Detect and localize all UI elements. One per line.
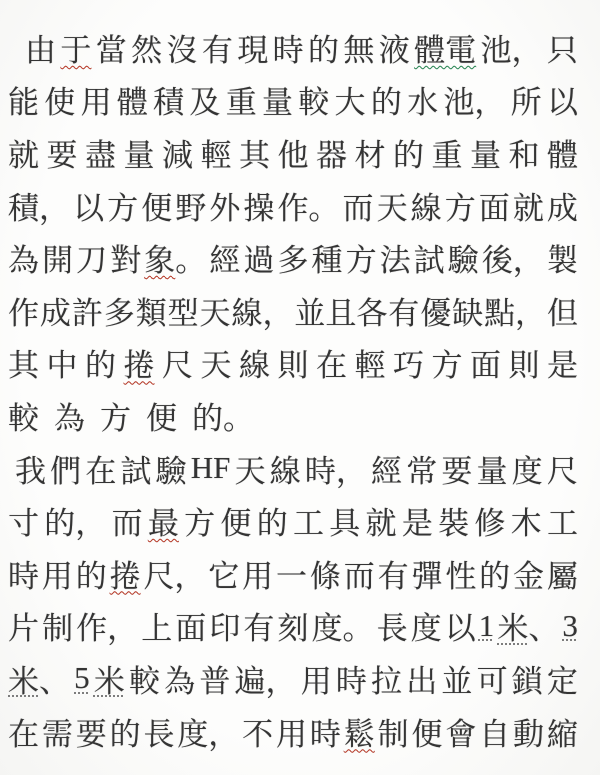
- text-segment: 有: [388, 296, 419, 331]
- text-segment: 天: [377, 191, 408, 226]
- text-unit: 以: [445, 603, 476, 648]
- text-segment: 野: [175, 191, 206, 226]
- text-unit: 彈: [411, 551, 442, 596]
- text-segment: 的: [393, 138, 424, 173]
- text-unit: 沒: [167, 25, 198, 70]
- text-unit: 刻: [277, 603, 308, 648]
- text-unit: 操: [243, 183, 274, 228]
- text-unit: 們: [50, 446, 81, 491]
- text-unit: 度，: [177, 709, 239, 754]
- text-unit: 以: [547, 77, 578, 122]
- text-unit: 度。: [312, 603, 374, 648]
- text-unit: 天: [200, 288, 231, 333]
- text-segment: 就: [513, 191, 544, 226]
- text-unit: 方: [346, 235, 377, 280]
- text-segment: 尺: [547, 454, 578, 489]
- text-segment: 度: [411, 611, 442, 646]
- text-segment: 用: [301, 664, 332, 699]
- text-unit: 線: [270, 446, 301, 491]
- text-unit: 要: [441, 446, 472, 491]
- text-unit: 縮: [547, 709, 578, 754]
- text-segment: 試: [120, 454, 151, 489]
- text-segment: 和: [509, 138, 540, 173]
- text-unit: 線，: [231, 288, 293, 333]
- text-unit: 度: [512, 446, 543, 491]
- text-segment: 為: [8, 243, 39, 278]
- text-unit: 有: [243, 603, 274, 648]
- text-segment: 時: [273, 33, 304, 68]
- text-unit: 出: [406, 656, 437, 701]
- text-segment: 出: [406, 664, 437, 699]
- text-segment: 自: [479, 717, 510, 752]
- text-unit: 時: [273, 25, 304, 70]
- text-segment: 、: [528, 611, 559, 646]
- text-segment: 水: [407, 85, 438, 120]
- text-segment: 其: [239, 138, 270, 173]
- text-unit: 制: [42, 603, 73, 648]
- text-segment: 只: [547, 33, 578, 68]
- text-unit: 液: [379, 25, 410, 70]
- text-unit: 外: [209, 183, 240, 228]
- text-unit: 對: [110, 235, 141, 280]
- text-segment: 較: [298, 85, 329, 120]
- text-line: 作成許多類型天線，並且各有優缺點，但: [8, 284, 578, 337]
- text-unit: 便: [141, 183, 172, 228]
- text-segment: 以: [73, 191, 104, 226]
- text-segment: 天: [201, 348, 232, 383]
- text-segment: 寸: [8, 506, 39, 541]
- text-segment: 成: [40, 296, 71, 331]
- text-unit: 工: [293, 498, 324, 543]
- dotted-underline-term: 米: [94, 664, 125, 699]
- text-unit: 金: [513, 551, 544, 596]
- text-line: 由于當然沒有現時的無液體電池，只: [8, 21, 578, 74]
- text-unit: 象。: [144, 235, 206, 280]
- text-unit: 較: [8, 393, 39, 438]
- text-segment: 刻: [277, 611, 308, 646]
- text-segment: 常: [406, 454, 437, 489]
- document-page: 由于當然沒有現時的無液體電池，只能使用體積及重量較大的水池，所以就要盡量減輕其他…: [0, 0, 600, 775]
- text-unit: 木: [511, 498, 542, 543]
- text-unit: 用: [81, 77, 112, 122]
- text-unit: 刀: [76, 235, 107, 280]
- text-segment: 用: [81, 85, 112, 120]
- text-unit: 及: [189, 77, 220, 122]
- text-unit: 制: [378, 709, 409, 754]
- text-unit: 所: [511, 77, 542, 122]
- text-segment: 彈: [411, 559, 442, 594]
- text-unit: 製: [547, 235, 578, 280]
- text-segment: 使: [44, 85, 75, 120]
- text-unit: 而: [343, 183, 374, 228]
- text-segment: 片: [8, 611, 39, 646]
- text-unit: 在: [85, 446, 116, 491]
- text-segment: 在: [85, 454, 116, 489]
- text-line: 為開刀對象。經過多種方法試驗後，製: [8, 231, 578, 284]
- text-unit: 驗: [448, 235, 479, 280]
- text-unit: 需: [42, 709, 73, 754]
- text-line: 其中的捲尺天線則在輕巧方面則是: [8, 337, 578, 390]
- text-segment: 他: [278, 138, 309, 173]
- text-unit: 線: [239, 340, 270, 385]
- text-segment: 經: [371, 454, 402, 489]
- text-unit: 法: [380, 235, 411, 280]
- text-segment: 要: [47, 138, 78, 173]
- text-segment: 時，: [305, 454, 367, 489]
- text-segment: 制: [42, 611, 73, 646]
- text-unit: 野: [175, 183, 206, 228]
- text-segment: 時: [8, 559, 39, 594]
- text-unit: 的: [308, 25, 339, 70]
- text-segment: 驗: [448, 243, 479, 278]
- spellcheck-red-underline: 鬆: [344, 717, 375, 752]
- text-segment: 會: [445, 717, 476, 752]
- text-segment: 尺: [162, 348, 193, 383]
- text-unit: 當: [96, 25, 127, 70]
- text-line: 寸的，而最方便的工具就是裝修木工: [8, 494, 578, 547]
- text-unit: 自: [479, 709, 510, 754]
- text-segment: 當: [96, 33, 127, 68]
- text-unit: 並且各: [294, 288, 387, 333]
- text-unit: 為: [54, 393, 85, 438]
- text-segment: 盡: [85, 138, 116, 173]
- text-unit: 多: [104, 288, 135, 333]
- text-unit: 而: [112, 498, 143, 543]
- text-segment: 操: [243, 191, 274, 226]
- text-segment: 方: [346, 243, 377, 278]
- text-segment: 度。: [312, 611, 374, 646]
- text-unit: 上: [141, 603, 172, 648]
- text-unit: 經: [209, 235, 240, 280]
- text-segment: 而: [344, 559, 375, 594]
- text-segment: 量: [262, 85, 293, 120]
- text-unit: 面: [479, 183, 510, 228]
- text-unit: 工: [547, 498, 578, 543]
- text-unit: 于: [60, 25, 91, 70]
- text-unit: 用: [242, 551, 273, 596]
- text-unit: 型: [168, 288, 199, 333]
- text-segment: 種: [312, 243, 343, 278]
- text-unit: 我: [15, 446, 46, 491]
- text-unit: 片: [8, 603, 39, 648]
- text-segment: 較: [8, 401, 39, 436]
- text-segment: 線: [411, 191, 442, 226]
- text-segment: 現: [237, 33, 268, 68]
- text-segment: 的: [76, 559, 107, 594]
- text-segment: 的: [257, 506, 288, 541]
- text-segment: 便: [146, 401, 177, 436]
- text-unit: 是: [402, 498, 433, 543]
- text-segment: 驗: [156, 454, 187, 489]
- text-unit: 量: [477, 446, 508, 491]
- text-segment: 一: [276, 559, 307, 594]
- text-line: 就要盡量減輕其他器材的重量和體: [8, 126, 578, 179]
- text-unit: 米: [94, 656, 125, 701]
- text-line: 能使用體積及重量較大的水池，所以: [8, 74, 578, 127]
- text-segment: 是: [547, 348, 578, 383]
- text-segment: 重: [432, 138, 463, 173]
- text-unit: 最: [148, 498, 179, 543]
- text-unit: 鬆: [344, 709, 375, 754]
- text-segment: 積，: [8, 191, 70, 226]
- text-unit: 線: [411, 183, 442, 228]
- text-unit: 印: [209, 603, 240, 648]
- text-segment: 無: [343, 33, 374, 68]
- text-unit: 量: [262, 77, 293, 122]
- text-segment: 屬: [547, 559, 578, 594]
- text-segment: 其: [8, 348, 39, 383]
- text-unit: 但: [547, 288, 578, 333]
- text-unit: 便: [411, 709, 442, 754]
- text-unit: 作，: [76, 603, 138, 648]
- text-segment: 它: [208, 559, 239, 594]
- text-unit: 開: [42, 235, 73, 280]
- text-unit: 材: [355, 130, 386, 175]
- text-unit: 重: [432, 130, 463, 175]
- text-segment: 池，: [443, 85, 505, 120]
- text-unit: 的: [85, 340, 116, 385]
- text-unit: 方: [107, 183, 138, 228]
- text-segment: 裝: [438, 506, 469, 541]
- text-unit: 方: [432, 340, 463, 385]
- text-unit: 器: [316, 130, 347, 175]
- text-segment: 量: [124, 138, 155, 173]
- text-segment: 能: [8, 85, 39, 120]
- text-unit: 3: [562, 608, 578, 644]
- text-segment: 液: [379, 33, 410, 68]
- text-unit: 長: [143, 709, 174, 754]
- text-unit: 會: [445, 709, 476, 754]
- text-unit: 盡: [85, 130, 116, 175]
- spellcheck-red-underline: 于: [60, 33, 91, 68]
- text-segment: 的: [308, 33, 339, 68]
- text-unit: 多: [277, 235, 308, 280]
- text-unit: 用: [301, 656, 332, 701]
- text-unit: 鎖: [512, 656, 543, 701]
- text-unit: 量: [124, 130, 155, 175]
- text-line: 米、5米較為普遍，用時拉出並可鎖定: [8, 652, 578, 705]
- text-unit: 就: [366, 498, 397, 543]
- text-segment: 試: [414, 243, 445, 278]
- text-segment: 線: [239, 348, 270, 383]
- text-segment: 長: [377, 611, 408, 646]
- text-segment: 點，: [484, 296, 546, 331]
- text-segment: 而: [343, 191, 374, 226]
- text-unit: 米、: [497, 603, 559, 648]
- text-segment: 方: [432, 348, 463, 383]
- text-unit: 時: [8, 551, 39, 596]
- text-segment: 器: [316, 138, 347, 173]
- text-unit: 動: [513, 709, 544, 754]
- text-unit: 一: [276, 551, 307, 596]
- text-segment: 輕: [201, 138, 232, 173]
- text-segment: 外: [209, 191, 240, 226]
- text-unit: 方: [445, 183, 476, 228]
- text-segment: 、: [39, 664, 70, 699]
- text-segment: 多: [277, 243, 308, 278]
- text-unit: 由: [25, 25, 56, 70]
- text-segment: 有: [202, 33, 233, 68]
- text-unit: 能: [8, 77, 39, 122]
- text-unit: 種: [312, 235, 343, 280]
- text-segment: 然: [131, 33, 162, 68]
- text-unit: 的: [76, 551, 107, 596]
- spellcheck-red-underline: 捲: [110, 559, 141, 594]
- text-unit: 拉: [371, 656, 402, 701]
- text-unit: 使: [44, 77, 75, 122]
- text-unit: 1: [479, 608, 495, 644]
- text-segment: 製: [547, 243, 578, 278]
- dotted-underline-term: 1: [479, 608, 495, 643]
- text-unit: 試: [120, 446, 151, 491]
- text-segment: 可: [477, 664, 508, 699]
- text-segment: 沒: [167, 33, 198, 68]
- text-unit: 作: [8, 288, 39, 333]
- text-unit: 則: [278, 340, 309, 385]
- text-segment: 較: [129, 664, 160, 699]
- text-segment: 有: [378, 559, 409, 594]
- text-segment: 經: [209, 243, 240, 278]
- text-line: 我們在試驗HF天線時，經常要量度尺: [8, 442, 578, 495]
- text-unit: 尺，: [143, 551, 205, 596]
- text-segment: 積: [153, 85, 184, 120]
- text-unit: 作。: [277, 183, 339, 228]
- text-segment: 重: [226, 85, 257, 120]
- text-segment: 方: [100, 401, 131, 436]
- text-unit: 的: [393, 130, 424, 175]
- text-unit: 優: [420, 288, 451, 333]
- text-segment: 對: [110, 243, 141, 278]
- text-unit: 過: [243, 235, 274, 280]
- text-segment: 而: [112, 506, 143, 541]
- text-segment: 鎖: [512, 664, 543, 699]
- text-segment: 便: [220, 506, 251, 541]
- text-segment: 是: [402, 506, 433, 541]
- text-unit: 的。: [192, 393, 254, 438]
- text-segment: 作。: [277, 191, 339, 226]
- text-segment: 條: [310, 559, 341, 594]
- text-unit: 水: [407, 77, 438, 122]
- text-unit: 常: [406, 446, 437, 491]
- text-unit: 經: [371, 446, 402, 491]
- text-segment: 所: [511, 85, 542, 120]
- text-unit: 的，: [44, 498, 106, 543]
- text-body: 由于當然沒有現時的無液體電池，只能使用體積及重量較大的水池，所以就要盡量減輕其他…: [8, 21, 578, 757]
- text-unit: 便: [220, 498, 251, 543]
- text-segment: 刀: [76, 243, 107, 278]
- text-line: 片制作，上面印有刻度。長度以1米、3: [8, 600, 578, 653]
- text-segment: 為: [54, 401, 85, 436]
- text-segment: 的: [85, 348, 116, 383]
- text-segment: 工: [547, 506, 578, 541]
- text-segment: 動: [513, 717, 544, 752]
- text-unit: 無: [343, 25, 374, 70]
- text-segment: 方: [184, 506, 215, 541]
- text-segment: HF: [191, 450, 231, 485]
- text-unit: 時: [336, 656, 367, 701]
- text-unit: 面: [175, 603, 206, 648]
- text-unit: 試: [414, 235, 445, 280]
- text-unit: 以: [73, 183, 104, 228]
- text-segment: 面: [470, 348, 501, 383]
- text-segment: 不: [242, 717, 273, 752]
- text-unit: 方: [100, 393, 131, 438]
- text-unit: 天: [235, 446, 266, 491]
- text-unit: 便: [146, 393, 177, 438]
- text-segment: 需: [42, 717, 73, 752]
- text-unit: 輕: [355, 340, 386, 385]
- text-segment: 量: [470, 138, 501, 173]
- text-unit: 和: [509, 130, 540, 175]
- text-unit: 要: [47, 130, 78, 175]
- text-segment: 普: [199, 664, 230, 699]
- text-unit: 量: [470, 130, 501, 175]
- text-unit: 的: [371, 77, 402, 122]
- text-segment: 類: [136, 296, 167, 331]
- text-unit: 只: [547, 25, 578, 70]
- text-unit: 後，: [482, 235, 544, 280]
- text-unit: 在: [8, 709, 39, 754]
- text-segment: 的，: [44, 506, 106, 541]
- text-unit: 積: [153, 77, 184, 122]
- text-segment: 為: [164, 664, 195, 699]
- text-segment: 並: [441, 664, 472, 699]
- text-unit: 修: [474, 498, 505, 543]
- text-unit: 天: [377, 183, 408, 228]
- text-unit: 具: [329, 498, 360, 543]
- spellcheck-red-underline: 捲: [124, 348, 155, 383]
- text-segment: 後，: [482, 243, 544, 278]
- text-unit: 長: [377, 603, 408, 648]
- spellcheck-red-underline: 象: [144, 243, 175, 278]
- text-segment: 型: [168, 296, 199, 331]
- text-segment: 量: [477, 454, 508, 489]
- text-unit: 有: [388, 288, 419, 333]
- text-segment: 以: [445, 611, 476, 646]
- text-unit: 大: [335, 77, 366, 122]
- text-segment: 定: [547, 664, 578, 699]
- text-segment: 們: [50, 454, 81, 489]
- text-segment: 則: [278, 348, 309, 383]
- text-line: 時用的捲尺，它用一條而有彈性的金屬: [8, 547, 578, 600]
- text-segment: 縮: [547, 717, 578, 752]
- text-segment: 及: [189, 85, 220, 120]
- text-unit: 其: [239, 130, 270, 175]
- text-segment: 材: [355, 138, 386, 173]
- text-segment: 便: [141, 191, 172, 226]
- text-unit: 捲: [124, 340, 155, 385]
- text-unit: 減: [162, 130, 193, 175]
- text-segment: 的: [371, 85, 402, 120]
- text-segment: 金: [513, 559, 544, 594]
- text-segment: 就: [8, 138, 39, 173]
- text-segment: 但: [547, 296, 578, 331]
- text-unit: 較: [129, 656, 160, 701]
- text-unit: 為: [8, 235, 39, 280]
- text-segment: 則: [509, 348, 540, 383]
- text-segment: 池，: [481, 33, 543, 68]
- text-segment: 用: [42, 559, 73, 594]
- text-unit: 可: [477, 656, 508, 701]
- text-segment: 有: [243, 611, 274, 646]
- text-segment: 用: [276, 717, 307, 752]
- text-unit: 缺: [452, 288, 483, 333]
- text-segment: 過: [243, 243, 274, 278]
- text-unit: 方: [184, 498, 215, 543]
- text-unit: 屬: [547, 551, 578, 596]
- text-unit: 驗: [156, 446, 187, 491]
- text-segment: 線: [270, 454, 301, 489]
